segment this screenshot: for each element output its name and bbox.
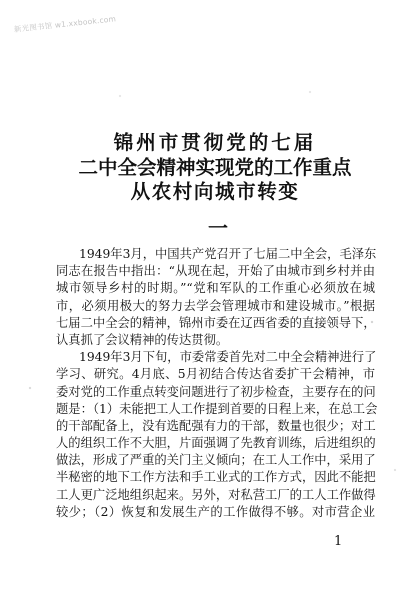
- text-line: 城市领导乡村的时期。”“党和军队的工作重心必须放在城: [56, 280, 375, 297]
- section-number: 一: [206, 215, 230, 241]
- title-line-1: 锦州市贯彻党的七届: [0, 131, 413, 156]
- scanned-page: 新光图书馆 w1.xxbook.com 锦州市贯彻党的七届 二中全会精神实现党的…: [0, 0, 413, 600]
- paragraph-2: 1949年3月下旬，市委常委首先对二中全会精神进行了 学习、研究。4月底、5月初…: [56, 349, 375, 521]
- text-line: 认真抓了会议精神的传达贯彻。: [56, 332, 375, 349]
- paragraph-1: 1949年3月，中国共产党召开了七届二中全会，毛泽东 同志在报告中指出：“从现在…: [56, 246, 375, 349]
- text-line: 较少；（2）恢复和发展生产的工作做得不够。对市营企业: [56, 504, 375, 521]
- text-line: 工人更广泛地组织起来。另外，对私营工厂的工人工作做得: [56, 487, 375, 504]
- article-title: 锦州市贯彻党的七届 二中全会精神实现党的工作重点 从农村向城市转变: [0, 131, 413, 205]
- text-line: 1949年3月下旬，市委常委首先对二中全会精神进行了: [56, 349, 375, 366]
- text-line: 同志在报告中指出：“从现在起，开始了由城市到乡村并由: [56, 263, 375, 280]
- text-line: 做法，形成了严重的关门主义倾向；在工人工作中，采用了: [56, 452, 375, 469]
- text-line: 题是：（1）未能把工人工作提到首要的日程上来，在总工会: [56, 401, 375, 418]
- text-line: 的干部配备上，没有选配强有力的干部，数量也很少；对工: [56, 418, 375, 435]
- title-line-2: 二中全会精神实现党的工作重点: [0, 156, 413, 181]
- text-line: 委对党的工作重点转变问题进行了初步检查，主要存在的问: [56, 384, 375, 401]
- text-line: 半秘密的地下工作方法和手工业式的工作方式，因此不能把: [56, 469, 375, 486]
- page-number: 1: [334, 533, 342, 551]
- text-line: 人的组织工作不大胆，片面强调了先教育训练，后进组织的: [56, 435, 375, 452]
- title-line-3: 从农村向城市转变: [0, 180, 413, 205]
- text-line: 七届二中全会的精神，锦州市委在辽西省委的直接领导下，: [56, 315, 375, 332]
- library-watermark: 新光图书馆 w1.xxbook.com: [13, 13, 116, 35]
- text-line: 市，必须用极大的努力去学会管理城市和建设城市。”根据: [56, 298, 375, 315]
- text-line: 1949年3月，中国共产党召开了七届二中全会，毛泽东: [56, 246, 375, 263]
- body-text: 1949年3月，中国共产党召开了七届二中全会，毛泽东 同志在报告中指出：“从现在…: [56, 246, 375, 521]
- text-line: 学习、研究。4月底、5月初结合传达省委扩干会精神，市: [56, 366, 375, 383]
